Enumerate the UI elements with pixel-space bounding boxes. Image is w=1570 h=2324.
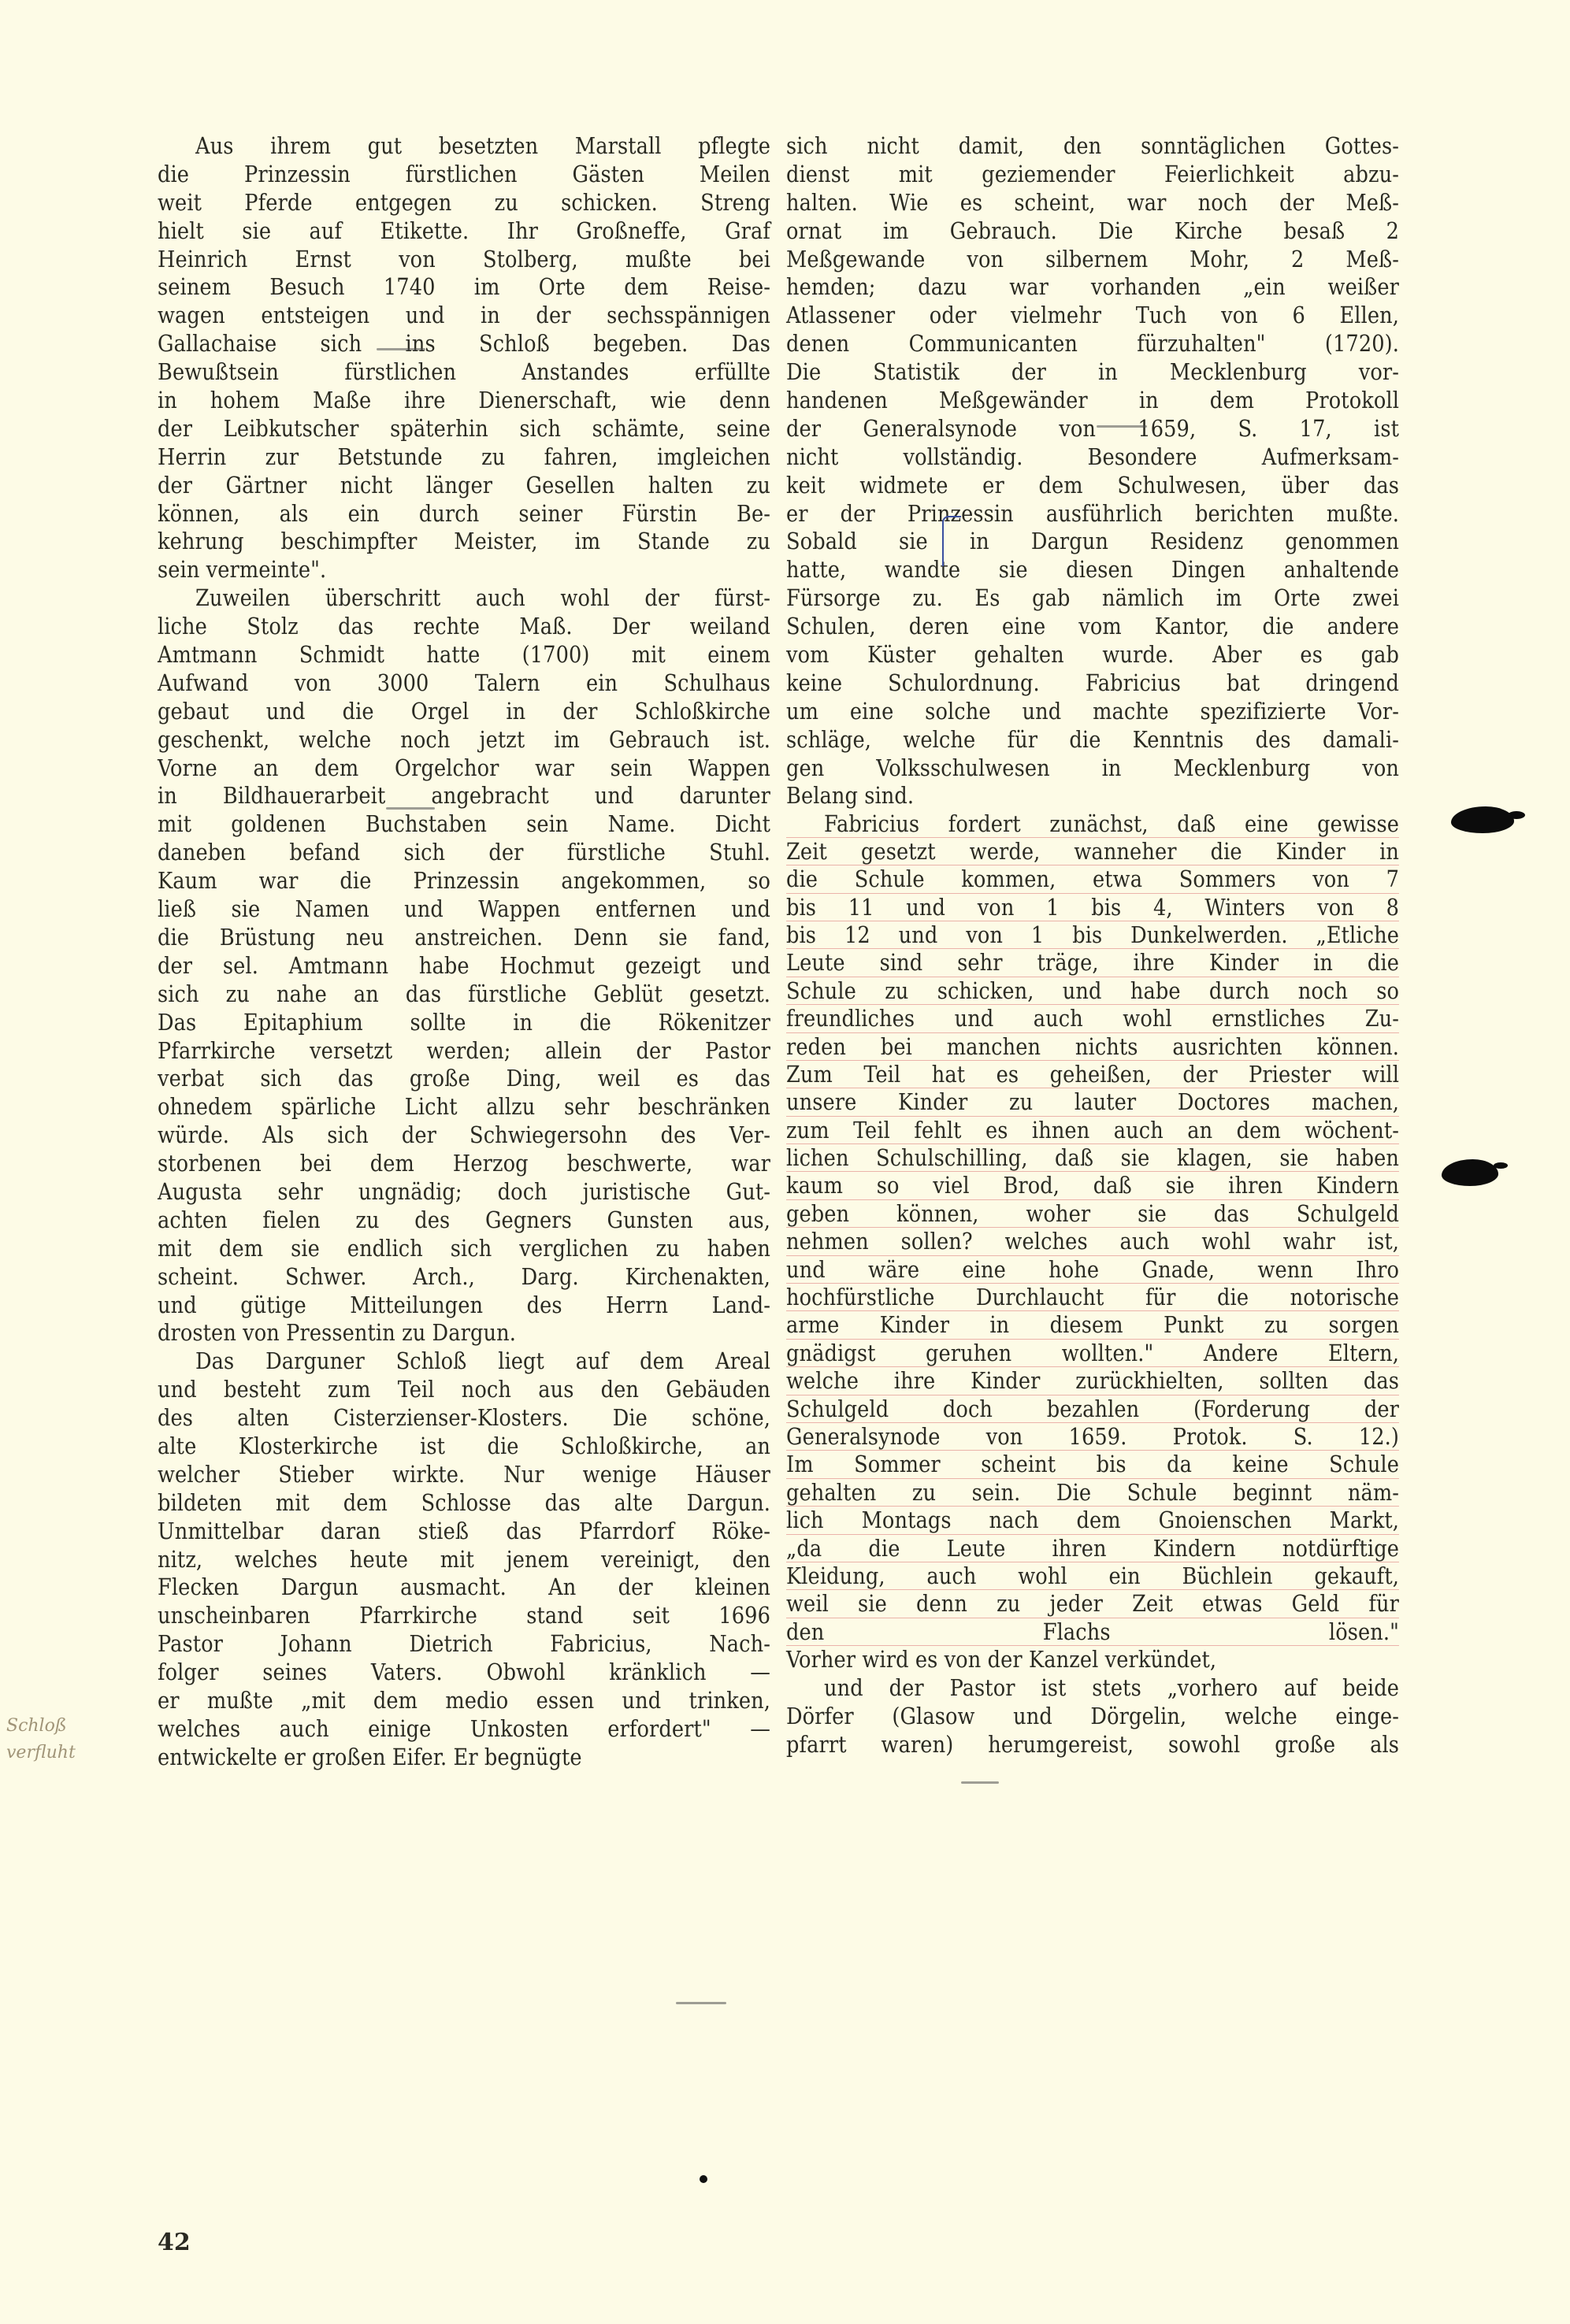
text-line: lichen Schulschilling, daß sie klagen, s… — [786, 1144, 1399, 1172]
text-line: freundliches und auch wohl ernstliches Z… — [786, 1005, 1399, 1032]
text-line: Das Darguner Schloß liegt auf dem Areal — [158, 1347, 770, 1376]
pencil-underline-1700 — [386, 807, 435, 810]
text-line: Schule zu schicken, und habe durch noch … — [786, 977, 1399, 1005]
text-line: Leute sind sehr träge, ihre Kinder in di… — [786, 949, 1399, 977]
ink-blot — [1451, 806, 1514, 833]
ink-dot — [700, 2175, 707, 2183]
text-line: Unmittelbar daran stieß das Pfarrdorf Rö… — [158, 1518, 770, 1546]
text-line: daneben befand sich der fürstliche Stuhl… — [158, 839, 770, 867]
text-line: der Gärtner nicht länger Gesellen halten… — [158, 472, 770, 500]
text-line: verbat sich das große Ding, weil es das — [158, 1065, 770, 1093]
text-line: Generalsynode von 1659. Protok. S. 12.) — [786, 1423, 1399, 1451]
text-line: „da die Leute ihren Kindern notdürftige — [786, 1535, 1399, 1562]
text-line: nitz, welches heute mit jenem vereinigt,… — [158, 1546, 770, 1574]
pencil-underline-1740 — [377, 348, 425, 350]
text-line: Zuweilen überschritt auch wohl der fürst… — [158, 584, 770, 613]
text-line: Pastor Johann Dietrich Fabricius, Nach- — [158, 1630, 770, 1659]
text-line: hatte, wandte sie diesen Dingen anhalten… — [786, 556, 1399, 584]
text-line: bis 11 und von 1 bis 4, Winters von 8 — [786, 894, 1399, 921]
page-number: 42 — [158, 2229, 191, 2256]
text-line: achten fielen zu des Gegners Gunsten aus… — [158, 1206, 770, 1235]
text-line: Bewußtsein fürstlichen Anstandes erfüllt… — [158, 358, 770, 387]
text-line: und der Pastor ist stets „vorhero auf be… — [786, 1674, 1399, 1703]
text-line: folger seines Vaters. Obwohl kränklich — — [158, 1659, 770, 1687]
text-line: ohnedem spärliche Licht allzu sehr besch… — [158, 1093, 770, 1121]
text-line: Das Epitaphium sollte in die Rökenitzer — [158, 1009, 770, 1037]
text-line: der Leibkutscher späterhin sich schämte,… — [158, 415, 770, 443]
text-line: lich Montags nach dem Gnoienschen Markt, — [786, 1507, 1399, 1534]
text-line: nehmen sollen? welches auch wohl wahr is… — [786, 1228, 1399, 1255]
text-line: unscheinbaren Pfarrkirche stand seit 169… — [158, 1602, 770, 1630]
text-line: reden bei manchen nichts ausrichten könn… — [786, 1033, 1399, 1061]
text-line: keine Schulordnung. Fabricius bat dringe… — [786, 669, 1399, 698]
text-line: hochfürstliche Durchlaucht für die notor… — [786, 1284, 1399, 1311]
text-line: storbenen bei dem Herzog beschwerte, war — [158, 1150, 770, 1178]
text-line: sich nicht damit, den sonntäglichen Gott… — [786, 132, 1399, 161]
right-text-column: sich nicht damit, den sonntäglichen Gott… — [786, 132, 1399, 1759]
handwritten-margin-note: Schloß verfluht — [6, 1713, 93, 1766]
text-line: und wäre eine hohe Gnade, wenn Ihro — [786, 1256, 1399, 1284]
text-line: scheint. Schwer. Arch., Darg. Kirchenakt… — [158, 1263, 770, 1292]
text-line: kehrung beschimpfter Meister, im Stande … — [158, 528, 770, 556]
text-line: unsere Kinder zu lauter Doctores machen, — [786, 1088, 1399, 1116]
text-line: denen Communicanten fürzuhalten" (1720). — [786, 330, 1399, 358]
text-line: Meßgewande von silbernem Mohr, 2 Meß- — [786, 246, 1399, 274]
text-line: Heinrich Ernst von Stolberg, mußte bei — [158, 246, 770, 274]
text-line: sein vermeinte". — [158, 556, 770, 584]
text-line: der Generalsynode von 1659, S. 17, ist — [786, 415, 1399, 443]
text-line: Amtmann Schmidt hatte (1700) mit einem — [158, 641, 770, 669]
text-line: schläge, welche für die Kenntnis des dam… — [786, 726, 1399, 754]
text-line: können, als ein durch seiner Fürstin Be- — [158, 500, 770, 528]
text-line: welche ihre Kinder zurückhielten, sollte… — [786, 1367, 1399, 1395]
text-line: arme Kinder in diesem Punkt zu sorgen — [786, 1311, 1399, 1339]
text-line: hielt sie auf Etikette. Ihr Großneffe, G… — [158, 217, 770, 246]
text-line: Flecken Dargun ausmacht. An der kleinen — [158, 1573, 770, 1602]
text-line: welches auch einige Unkosten erfordert" … — [158, 1715, 770, 1744]
text-line: Aufwand von 3000 Talern ein Schulhaus — [158, 669, 770, 698]
text-line: die Prinzessin fürstlichen Gästen Meilen — [158, 161, 770, 189]
text-line: und gütige Mitteilungen des Herrn Land- — [158, 1292, 770, 1320]
text-line: alte Klosterkirche ist die Schloßkirche,… — [158, 1433, 770, 1461]
text-line: um eine solche und machte spezifizierte … — [786, 698, 1399, 726]
text-line: Zum Teil hat es geheißen, der Priester w… — [786, 1061, 1399, 1088]
text-line: gnädigst geruhen wollten." Andere Eltern… — [786, 1340, 1399, 1367]
text-line: keit widmete er dem Schulwesen, über das — [786, 472, 1399, 500]
text-line: Die Statistik der in Mecklenburg vor- — [786, 358, 1399, 387]
text-line: Kleidung, auch wohl ein Büchlein gekauft… — [786, 1562, 1399, 1590]
ink-blot — [1442, 1159, 1498, 1186]
text-line: den Flachs lösen." — [786, 1618, 1399, 1646]
text-line: hemden; dazu war vorhanden „ein weißer — [786, 273, 1399, 302]
text-line: Zeit gesetzt werde, wanneher die Kinder … — [786, 838, 1399, 865]
text-line: nicht vollständig. Besondere Aufmerksam- — [786, 443, 1399, 472]
text-line: bildeten mit dem Schlosse das alte Dargu… — [158, 1489, 770, 1518]
text-line: Kaum war die Prinzessin angekommen, so — [158, 867, 770, 895]
text-line: weit Pferde entgegen zu schicken. Streng — [158, 189, 770, 217]
text-line: geben können, woher sie das Schulgeld — [786, 1200, 1399, 1228]
text-line: gehalten zu sein. Die Schule beginnt näm… — [786, 1479, 1399, 1507]
text-line: Fürsorge zu. Es gab nämlich im Orte zwei — [786, 584, 1399, 613]
text-line: er der Prinzessin ausführlich berichten … — [786, 500, 1399, 528]
text-line: Schulen, deren eine vom Kantor, die ande… — [786, 613, 1399, 641]
text-line: Sobald sie in Dargun Residenz genommen — [786, 528, 1399, 556]
text-line: und besteht zum Teil noch aus den Gebäud… — [158, 1376, 770, 1404]
text-line: würde. Als sich der Schwiegersohn des Ve… — [158, 1121, 770, 1150]
text-line: Aus ihrem gut besetzten Marstall pflegte — [158, 132, 770, 161]
left-text-column: Aus ihrem gut besetzten Marstall pflegte… — [158, 132, 770, 1772]
text-line: gen Volksschulwesen in Mecklenburg von — [786, 754, 1399, 783]
text-line: zum Teil fehlt es ihnen auch an dem wöch… — [786, 1117, 1399, 1144]
text-line: mit goldenen Buchstaben sein Name. Dicht — [158, 810, 770, 839]
text-line: Vorne an dem Orgelchor war sein Wappen — [158, 754, 770, 783]
text-line: dienst mit geziemender Feierlichkeit abz… — [786, 161, 1399, 189]
text-line: in hohem Maße ihre Dienerschaft, wie den… — [158, 387, 770, 415]
text-line: wagen entsteigen und in der sechsspännig… — [158, 302, 770, 330]
text-line: Augusta sehr ungnädig; doch juristische … — [158, 1178, 770, 1206]
text-line: in Bildhauerarbeit angebracht und darunt… — [158, 782, 770, 810]
pencil-underline-1659 — [961, 1781, 999, 1784]
text-line: Atlassener oder vielmehr Tuch von 6 Elle… — [786, 302, 1399, 330]
text-line: Pfarrkirche versetzt werden; allein der … — [158, 1037, 770, 1066]
text-line: ornat im Gebrauch. Die Kirche besaß 2 — [786, 217, 1399, 246]
blue-pen-bracket-mark — [942, 516, 961, 566]
text-line: die Brüstung neu anstreichen. Denn sie f… — [158, 924, 770, 952]
text-line: Fabricius fordert zunächst, daß eine gew… — [786, 810, 1399, 837]
text-line: Vorher wird es von der Kanzel verkündet, — [786, 1646, 1399, 1674]
text-line: liche Stolz das rechte Maß. Der weiland — [158, 613, 770, 641]
text-line: er mußte „mit dem medio essen und trinke… — [158, 1687, 770, 1715]
text-line: Herrin zur Betstunde zu fahren, imgleich… — [158, 443, 770, 472]
pencil-underline-1696 — [676, 2002, 726, 2004]
text-line: bis 12 und von 1 bis Dunkelwerden. „Etli… — [786, 921, 1399, 949]
text-line: Belang sind. — [786, 782, 1399, 810]
text-line: Im Sommer scheint bis da keine Schule — [786, 1451, 1399, 1478]
text-line: handenen Meßgewänder in dem Protokoll — [786, 387, 1399, 415]
pencil-underline-1720 — [1097, 425, 1147, 428]
text-line: die Schule kommen, etwa Sommers von 7 — [786, 865, 1399, 893]
text-line: kaum so viel Brod, daß sie ihren Kindern — [786, 1172, 1399, 1199]
text-line: Dörfer (Glasow und Dörgelin, welche eing… — [786, 1703, 1399, 1731]
text-line: vom Küster gehalten wurde. Aber es gab — [786, 641, 1399, 669]
text-line: mit dem sie endlich sich verglichen zu h… — [158, 1235, 770, 1263]
text-line: entwickelte er großen Eifer. Er begnügte — [158, 1744, 770, 1772]
text-line: ließ sie Namen und Wappen entfernen und — [158, 895, 770, 924]
text-line: pfarrt waren) herumgereist, sowohl große… — [786, 1731, 1399, 1759]
text-line: welcher Stieber wirkte. Nur wenige Häuse… — [158, 1461, 770, 1489]
text-line: weil sie denn zu jeder Zeit etwas Geld f… — [786, 1590, 1399, 1618]
text-line: des alten Cisterzienser-Klosters. Die sc… — [158, 1404, 770, 1433]
text-line: Schulgeld doch bezahlen (Forderung der — [786, 1396, 1399, 1423]
text-line: geschenkt, welche noch jetzt im Gebrauch… — [158, 726, 770, 754]
text-line: drosten von Pressentin zu Dargun. — [158, 1319, 770, 1347]
text-line: Gallachaise sich ins Schloß begeben. Das — [158, 330, 770, 358]
text-line: gebaut und die Orgel in der Schloßkirche — [158, 698, 770, 726]
text-line: sich zu nahe an das fürstliche Geblüt ge… — [158, 980, 770, 1009]
text-line: halten. Wie es scheint, war noch der Meß… — [786, 189, 1399, 217]
text-line: der sel. Amtmann habe Hochmut gezeigt un… — [158, 952, 770, 980]
text-line: seinem Besuch 1740 im Orte dem Reise- — [158, 273, 770, 302]
